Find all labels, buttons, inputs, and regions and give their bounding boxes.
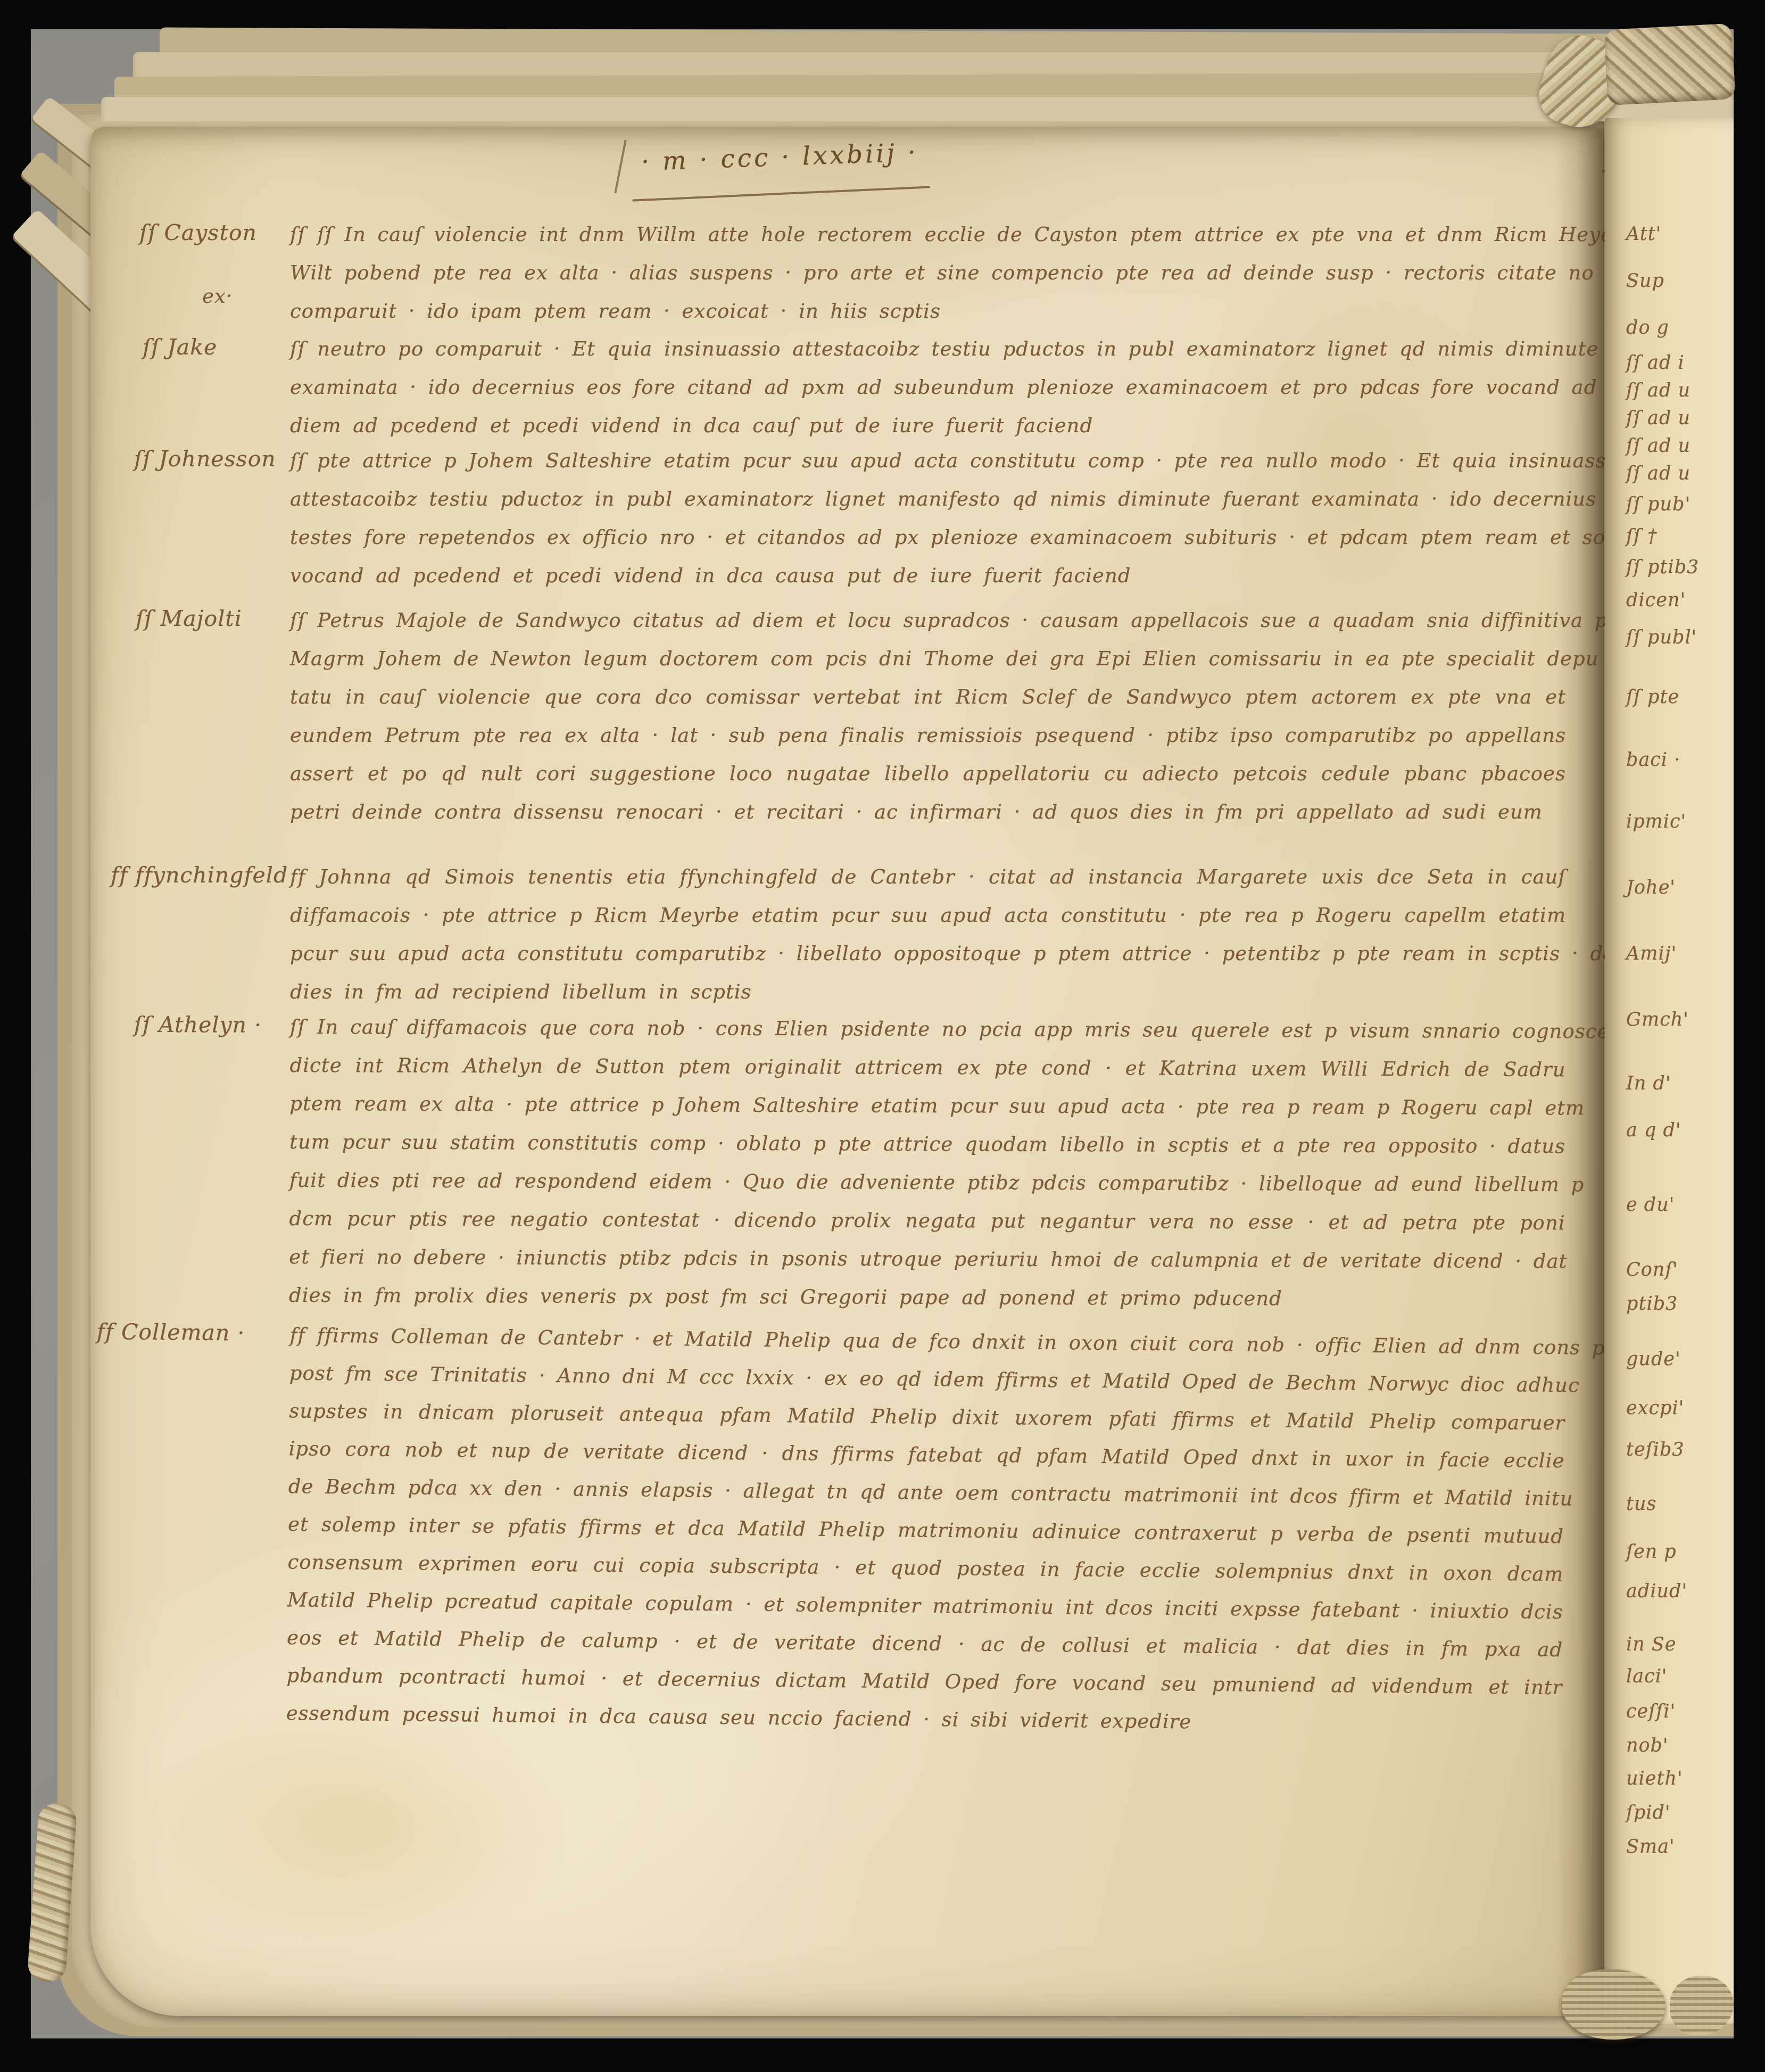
facing-page-text-fragment: laci': [1626, 1666, 1667, 1687]
facing-page-text-fragment: ſſ ad i: [1626, 352, 1685, 374]
margin-name-label: ſſ Jake: [143, 334, 217, 360]
margin-case-name: ſſ Majolti: [136, 606, 242, 631]
facing-page-text-fragment: ceſſi': [1626, 1701, 1676, 1722]
facing-page-text-fragment: In d': [1626, 1073, 1671, 1094]
manuscript-text-line: comparuit · ido ipam ptem ream · excoica…: [290, 292, 1566, 331]
facing-page-text-fragment: ptib3: [1626, 1293, 1678, 1315]
facing-page-text-fragment: teſib3: [1626, 1439, 1685, 1460]
cloth-fray: [1562, 1969, 1665, 2040]
facing-page-text-fragment: ſen p: [1626, 1541, 1677, 1563]
entry-text-block: ſſ In cauſ diffamacois que cora nob · co…: [289, 1008, 1566, 1319]
facing-page-text-fragment: ipmic': [1626, 811, 1686, 832]
facing-page-text-fragment: adiud': [1626, 1581, 1687, 1602]
manuscript-text-line: eundem Petrum pte rea ex alta · lat · su…: [290, 716, 1566, 755]
facing-page-text-fragment: baci ·: [1626, 749, 1680, 771]
manuscript-text-line: fuit dies pti ree ad respondend eidem · …: [289, 1161, 1565, 1204]
manuscript-text-line: ſſ ſſ In cauſ violencie int dnm Willm at…: [290, 216, 1566, 254]
entry-text-block: ſſ pte attrice p Johem Salteshire etatim…: [290, 442, 1566, 595]
margin-name-label: ſſ Cayston: [139, 220, 257, 245]
entry-text-block: ſſ Petrus Majole de Sandwyco citatus ad …: [290, 601, 1566, 831]
facing-page-text-fragment: gude': [1626, 1349, 1681, 1370]
manuscript-text-line: assert et po qd nult cori suggestione lo…: [290, 755, 1566, 793]
manuscript-text-line: dies in fm prolix dies veneris px post f…: [289, 1276, 1565, 1319]
gutter-shadow: [1555, 121, 1606, 2019]
facing-page-text-fragment: ſſ ptib3: [1626, 557, 1699, 578]
manuscript-photograph: · m · ccc · lxxbiij · ſſ Cayston ex· ſſ …: [0, 0, 1765, 2072]
gutter-crease: [1603, 122, 1604, 2017]
facing-page-text-fragment: Att': [1626, 224, 1661, 245]
facing-page-text-fragment: nob': [1626, 1735, 1669, 1756]
manuscript-text-line: tatu in cauſ violencie que cora dco comi…: [290, 678, 1566, 716]
margin-note-label: ex·: [202, 285, 233, 308]
margin-case-name: ſſ Johnesson: [134, 446, 276, 472]
manuscript-text-line: et fieri no debere · iniunctis ptibz pdc…: [289, 1238, 1565, 1281]
facing-page-text-fragment: Sma': [1626, 1836, 1675, 1858]
manuscript-text-line: ſſ In cauſ diffamacois que cora nob · co…: [290, 1008, 1566, 1051]
facing-page-text-fragment: in Se: [1626, 1634, 1677, 1655]
manuscript-text-line: dies in fm ad recipiend libellum in scpt…: [290, 973, 1566, 1011]
facing-page-text-fragment: Johe': [1626, 877, 1676, 898]
facing-page-text-fragment: Conſ': [1626, 1259, 1678, 1281]
facing-page-text-fragment: uieth': [1626, 1768, 1683, 1789]
court-entries: ſſ Cayston ex· ſſ ſſ In cauſ violencie i…: [0, 0, 1765, 2072]
facing-page-text-fragment: ſſ ad u: [1626, 408, 1691, 429]
margin-name-label: ſſ Johnesson: [134, 446, 276, 472]
facing-page-text-fragment: e du': [1626, 1194, 1675, 1216]
manuscript-text-line: dcm pcur ptis ree negatio contestat · di…: [289, 1200, 1565, 1242]
entry-text-block: ff Johnna qd Simois tenentis etia ffynch…: [290, 858, 1566, 1011]
facing-page-text-fragment: dicen': [1626, 590, 1686, 611]
entry-text-block: ſſ ſſ In cauſ violencie int dnm Willm at…: [290, 216, 1566, 331]
manuscript-text-line: ſſ Petrus Majole de Sandwyco citatus ad …: [290, 601, 1566, 640]
facing-page-text-fragment: ſſ ad u: [1626, 380, 1691, 401]
manuscript-text-line: tum pcur suu statim constitutis comp · o…: [289, 1123, 1565, 1166]
margin-case-name: ſſ Athelyn ·: [134, 1012, 262, 1038]
binding-headband-cloth: [1604, 23, 1735, 105]
facing-page-text-fragment: excpi': [1626, 1398, 1684, 1419]
entry-text-block: ff ffirms Colleman de Cantebr · et Matil…: [286, 1316, 1565, 1744]
manuscript-text-line: Magrm Johem de Newton legum doctorem com…: [290, 640, 1566, 678]
facing-page-text-fragment: Sup: [1626, 270, 1664, 292]
facing-page-text-column: Att'Supdo gſſ ad iſſ ad uſſ ad uſſ ad uſ…: [1605, 118, 1734, 2024]
margin-name-label: ff ffynchingfeld: [111, 862, 288, 888]
margin-name-label: ff Colleman ·: [96, 1319, 245, 1346]
facing-page-text-fragment: ſſ ad u: [1626, 435, 1691, 457]
margin-case-name: ff ffynchingfeld: [111, 862, 288, 888]
facing-page-text-fragment: do g: [1626, 317, 1669, 339]
facing-page-text-fragment: ſſ publ': [1626, 627, 1697, 648]
facing-page-text-fragment: ſpid': [1626, 1802, 1671, 1823]
manuscript-text-line: Wilt pobend pte rea ex alta · alias susp…: [290, 254, 1566, 292]
facing-page-text-fragment: ſſ †: [1626, 526, 1658, 547]
manuscript-text-line: pcur suu apud acta constitutu comparutib…: [290, 935, 1566, 973]
manuscript-text-line: ptem ream ex alta · pte attrice p Johem …: [289, 1085, 1565, 1127]
manuscript-text-line: vocand ad pcedend et pcedi vidend in dca…: [290, 557, 1566, 595]
margin-name-label: ſſ Athelyn ·: [134, 1012, 262, 1038]
facing-page-text-fragment: Amij': [1626, 943, 1677, 964]
manuscript-text-line: examinata · ido decernius eos fore citan…: [290, 368, 1566, 407]
facing-page-text-fragment: Gmch': [1626, 1009, 1689, 1030]
facing-page-text-fragment: ſſ pte: [1626, 687, 1679, 708]
facing-page-text-fragment: a q d': [1626, 1120, 1681, 1141]
manuscript-text-line: testes fore repetendos ex officio nro · …: [290, 518, 1566, 557]
manuscript-text-line: attestacoibz testiu pductoz in publ exam…: [290, 480, 1566, 518]
manuscript-text-line: diem ad pcedend et pcedi vidend in dca c…: [290, 407, 1566, 445]
facing-page-text-fragment: ſſ ad u: [1626, 463, 1691, 484]
manuscript-text-line: ſſ neutro po comparuit · Et quia insinua…: [290, 330, 1566, 368]
facing-page-text-fragment: tus: [1626, 1493, 1657, 1515]
manuscript-text-line: diffamacois · pte attrice p Ricm Meyrbe …: [290, 896, 1566, 935]
facing-page-text-fragment: ſſ pub': [1626, 494, 1691, 515]
facing-page-edge: Att'Supdo gſſ ad iſſ ad uſſ ad uſſ ad uſ…: [1605, 118, 1734, 2024]
manuscript-text-line: petri deinde contra dissensu renocari · …: [290, 793, 1566, 831]
margin-case-name: ſſ Jake: [143, 334, 217, 360]
entry-text-block: ſſ neutro po comparuit · Et quia insinua…: [290, 330, 1566, 445]
manuscript-text-line: dicte int Ricm Athelyn de Sutton ptem or…: [289, 1046, 1565, 1089]
margin-case-name: ff Colleman ·: [96, 1319, 245, 1346]
manuscript-text-line: ſſ pte attrice p Johem Salteshire etatim…: [290, 442, 1566, 480]
margin-case-name: ſſ Cayston ex·: [139, 220, 257, 245]
margin-name-label: ſſ Majolti: [136, 606, 242, 631]
manuscript-text-line: ff Johnna qd Simois tenentis etia ffynch…: [290, 858, 1566, 896]
